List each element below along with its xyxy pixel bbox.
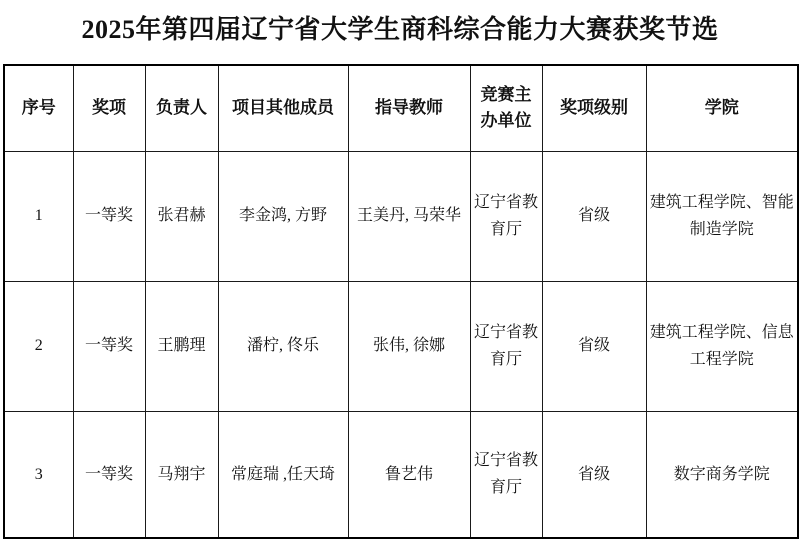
cell-award: 一等奖 bbox=[73, 281, 145, 411]
cell-advisors: 鲁艺伟 bbox=[348, 411, 470, 538]
table-row: 3 一等奖 马翔宇 常庭瑞 ,任天琦 鲁艺伟 辽宁省教育厅 省级 数字商务学院 bbox=[4, 411, 798, 538]
cell-serial: 3 bbox=[4, 411, 73, 538]
cell-leader: 马翔宇 bbox=[145, 411, 218, 538]
cell-college: 数字商务学院 bbox=[646, 411, 798, 538]
cell-award: 一等奖 bbox=[73, 151, 145, 281]
cell-organizer: 辽宁省教育厅 bbox=[470, 411, 542, 538]
cell-college: 建筑工程学院、智能制造学院 bbox=[646, 151, 798, 281]
cell-members: 潘柠, 佟乐 bbox=[218, 281, 348, 411]
cell-members: 李金鸿, 方野 bbox=[218, 151, 348, 281]
col-header-serial: 序号 bbox=[4, 65, 73, 151]
awards-table: 序号 奖项 负责人 项目其他成员 指导教师 竞赛主办单位 奖项级别 学院 1 一… bbox=[3, 64, 799, 539]
table-row: 1 一等奖 张君赫 李金鸿, 方野 王美丹, 马荣华 辽宁省教育厅 省级 建筑工… bbox=[4, 151, 798, 281]
col-header-advisors: 指导教师 bbox=[348, 65, 470, 151]
header-row: 序号 奖项 负责人 项目其他成员 指导教师 竞赛主办单位 奖项级别 学院 bbox=[4, 65, 798, 151]
cell-serial: 1 bbox=[4, 151, 73, 281]
col-header-leader: 负责人 bbox=[145, 65, 218, 151]
cell-organizer: 辽宁省教育厅 bbox=[470, 151, 542, 281]
cell-organizer: 辽宁省教育厅 bbox=[470, 281, 542, 411]
cell-advisors: 张伟, 徐娜 bbox=[348, 281, 470, 411]
cell-level: 省级 bbox=[542, 151, 646, 281]
col-header-level: 奖项级别 bbox=[542, 65, 646, 151]
cell-level: 省级 bbox=[542, 411, 646, 538]
cell-level: 省级 bbox=[542, 281, 646, 411]
col-header-award: 奖项 bbox=[73, 65, 145, 151]
cell-college: 建筑工程学院、信息工程学院 bbox=[646, 281, 798, 411]
cell-award: 一等奖 bbox=[73, 411, 145, 538]
cell-advisors: 王美丹, 马荣华 bbox=[348, 151, 470, 281]
cell-members: 常庭瑞 ,任天琦 bbox=[218, 411, 348, 538]
cell-leader: 王鹏理 bbox=[145, 281, 218, 411]
table-row: 2 一等奖 王鹏理 潘柠, 佟乐 张伟, 徐娜 辽宁省教育厅 省级 建筑工程学院… bbox=[4, 281, 798, 411]
document-title: 2025年第四届辽宁省大学生商科综合能力大赛获奖节选 bbox=[0, 0, 800, 64]
col-header-members: 项目其他成员 bbox=[218, 65, 348, 151]
col-header-college: 学院 bbox=[646, 65, 798, 151]
cell-leader: 张君赫 bbox=[145, 151, 218, 281]
col-header-organizer: 竞赛主办单位 bbox=[470, 65, 542, 151]
document-page: 2025年第四届辽宁省大学生商科综合能力大赛获奖节选 序号 奖项 负责人 项目其… bbox=[0, 0, 800, 540]
cell-serial: 2 bbox=[4, 281, 73, 411]
